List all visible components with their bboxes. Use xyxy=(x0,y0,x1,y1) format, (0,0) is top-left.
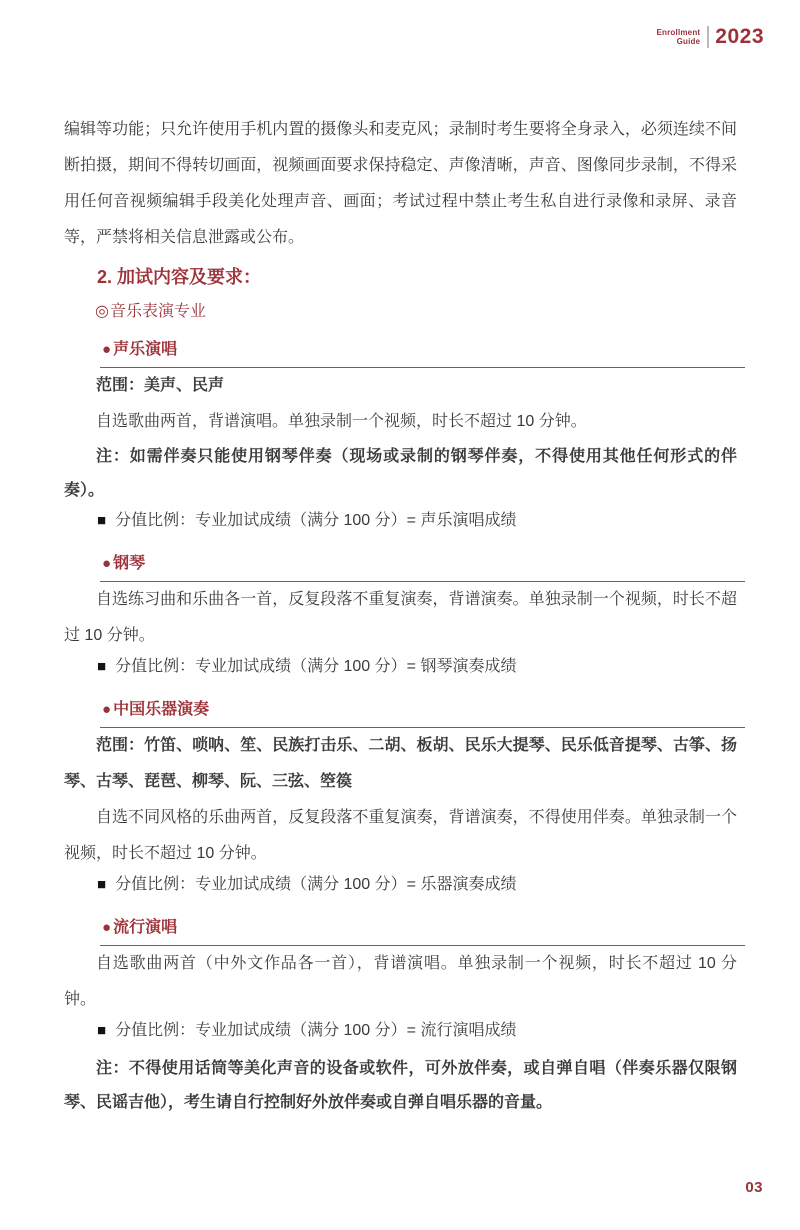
section-paragraph: 自选练习曲和乐曲各一首，反复段落不重复演奏，背谱演奏。单独录制一个视频，时长不超… xyxy=(64,582,737,654)
brand-name: Enrollment Guide xyxy=(657,28,701,46)
intro-paragraph: 编辑等功能；只允许使用手机内置的摄像头和麦克风；录制时考生要将全身录入，必须连续… xyxy=(64,112,737,256)
score-text: 分值比例：专业加试成绩（满分 100 分）= 钢琴演奏成绩 xyxy=(115,658,516,675)
section-paragraph: 自选不同风格的乐曲两首，反复段落不重复演奏，背谱演奏，不得使用伴奏。单独录制一个… xyxy=(64,800,737,872)
section-paragraph: 自选歌曲两首，背谱演唱。单独录制一个视频，时长不超过 10 分钟。 xyxy=(64,404,737,440)
bullet-circle-icon: ● xyxy=(102,919,111,936)
double-circle-icon: ◎ xyxy=(95,303,109,320)
score-text: 分值比例：专业加试成绩（满分 100 分）= 乐器演奏成绩 xyxy=(115,876,516,893)
brand-header: Enrollment Guide 2023 xyxy=(657,25,765,49)
section-title-piano: ●钢琴 xyxy=(102,552,737,576)
brand-name-line2: Guide xyxy=(657,37,701,46)
brand-name-line1: Enrollment xyxy=(657,28,701,37)
score-line: ■分值比例：专业加试成绩（满分 100 分）= 流行演唱成绩 xyxy=(97,1020,737,1042)
section-title-text: 声乐演唱 xyxy=(113,341,177,358)
brand-divider xyxy=(707,26,709,48)
section-heading: 2. 加试内容及要求： xyxy=(97,264,737,290)
square-bullet-icon: ■ xyxy=(97,512,106,529)
brand-year: 2023 xyxy=(715,25,764,49)
bullet-circle-icon: ● xyxy=(102,701,111,718)
section-title-pop-vocal: ●流行演唱 xyxy=(102,916,737,940)
bullet-circle-icon: ● xyxy=(102,555,111,572)
major-label-text: 音乐表演专业 xyxy=(110,303,206,320)
section-title-text: 钢琴 xyxy=(113,555,145,572)
major-label: ◎音乐表演专业 xyxy=(95,300,737,324)
square-bullet-icon: ■ xyxy=(97,658,106,675)
document-page: Enrollment Guide 2023 编辑等功能；只允许使用手机内置的摄像… xyxy=(0,0,800,1230)
square-bullet-icon: ■ xyxy=(97,876,106,893)
score-line: ■分值比例：专业加试成绩（满分 100 分）= 钢琴演奏成绩 xyxy=(97,656,737,678)
final-note: 注：不得使用话筒等美化声音的设备或软件，可外放伴奏，或自弹自唱（伴奏乐器仅限钢琴… xyxy=(64,1052,737,1120)
bullet-circle-icon: ● xyxy=(102,341,111,358)
score-text: 分值比例：专业加试成绩（满分 100 分）= 流行演唱成绩 xyxy=(115,1022,516,1039)
section-title-chinese-instruments: ●中国乐器演奏 xyxy=(102,698,737,722)
score-line: ■分值比例：专业加试成绩（满分 100 分）= 乐器演奏成绩 xyxy=(97,874,737,896)
section-paragraph: 自选歌曲两首（中外文作品各一首），背谱演唱。单独录制一个视频，时长不超过 10 … xyxy=(64,946,737,1018)
section-title-text: 流行演唱 xyxy=(113,919,177,936)
score-text: 分值比例：专业加试成绩（满分 100 分）= 声乐演唱成绩 xyxy=(115,512,516,529)
main-content: 编辑等功能；只允许使用手机内置的摄像头和麦克风；录制时考生要将全身录入，必须连续… xyxy=(64,112,737,1120)
section-title-text: 中国乐器演奏 xyxy=(113,701,209,718)
scope-line: 范围：美声、民声 xyxy=(64,368,737,404)
note-line: 注：如需伴奏只能使用钢琴伴奏（现场或录制的钢琴伴奏，不得使用其他任何形式的伴奏）… xyxy=(64,440,737,508)
scope-line: 范围：竹笛、唢呐、笙、民族打击乐、二胡、板胡、民乐大提琴、民乐低音提琴、古筝、扬… xyxy=(64,728,737,800)
square-bullet-icon: ■ xyxy=(97,1022,106,1039)
section-title-vocal: ●声乐演唱 xyxy=(102,338,737,362)
score-line: ■分值比例：专业加试成绩（满分 100 分）= 声乐演唱成绩 xyxy=(97,510,737,532)
page-number: 03 xyxy=(745,1179,763,1196)
